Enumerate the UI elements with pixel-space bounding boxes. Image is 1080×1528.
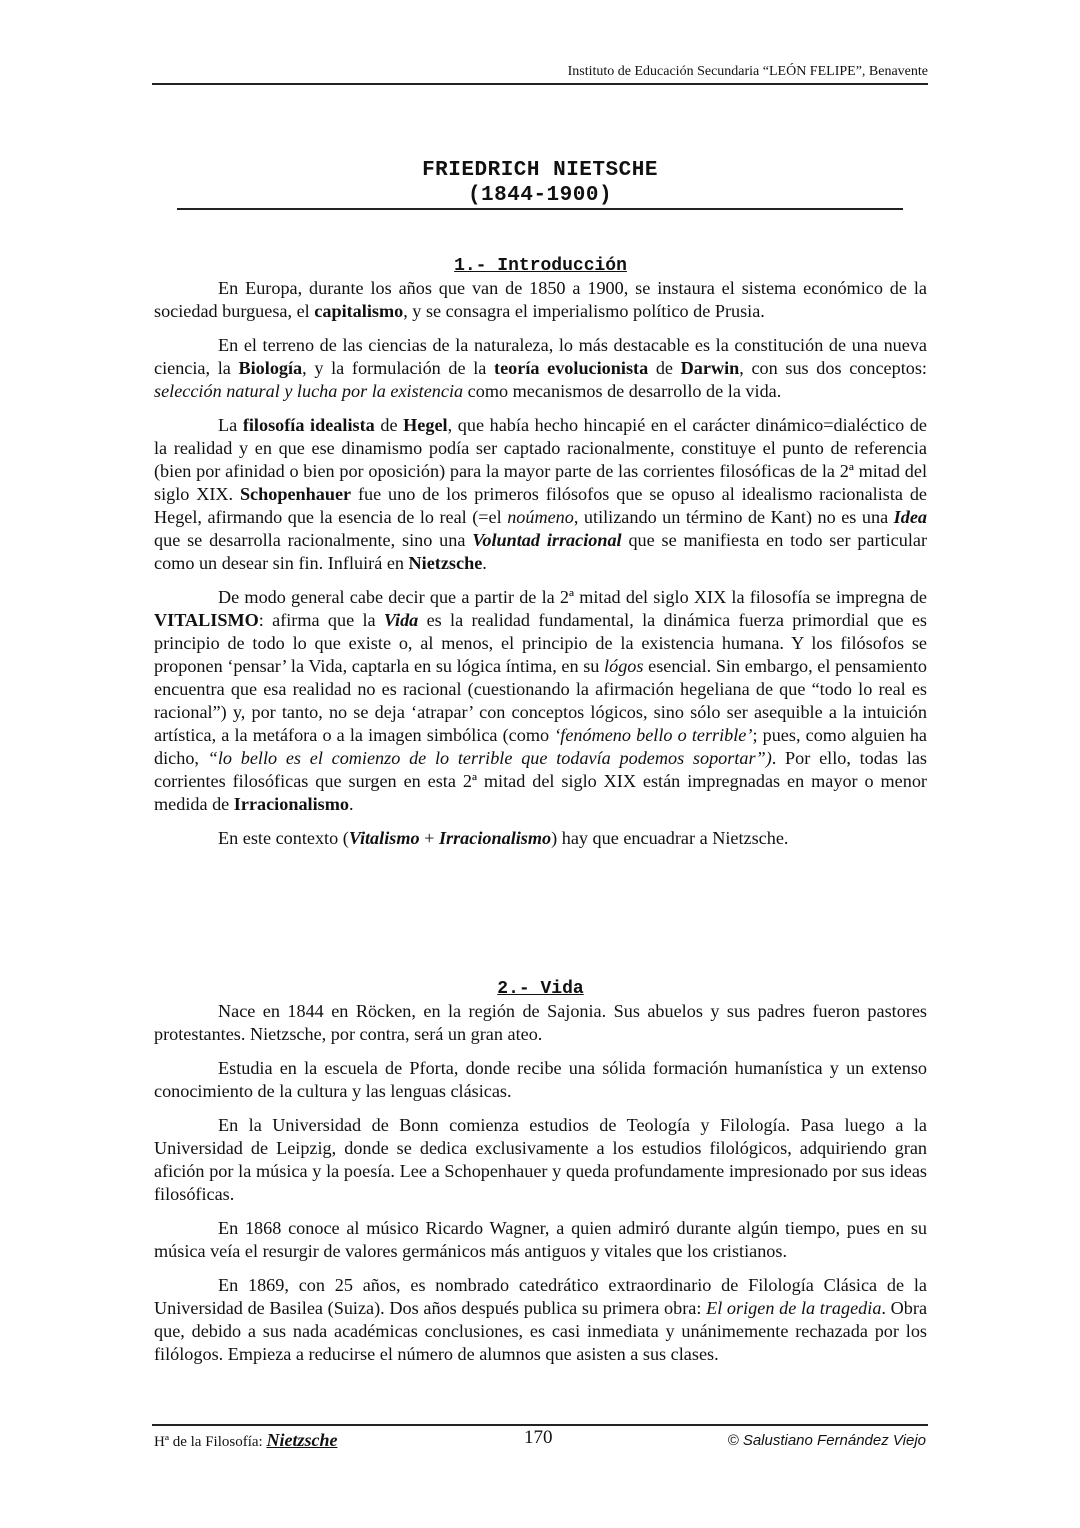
document-title: FRIEDRICH NIETSCHE (1844-1900) — [177, 158, 903, 208]
footer-course-prefix: Hª de la Filosofía: — [154, 1434, 266, 1450]
paragraph: De modo general cabe decir que a partir … — [154, 586, 927, 816]
text-run: Nace en 1844 en Röcken, en la región de … — [154, 1001, 927, 1044]
footer-rule — [152, 1424, 928, 1426]
text-run: , y la formulación de la — [302, 358, 494, 378]
title-rule — [177, 208, 903, 210]
section-introduccion: 1.- Introducción En Europa, durante los … — [154, 255, 927, 861]
text-run: , y se consagra el imperialismo político… — [403, 301, 765, 321]
emphasis-italic: “lo bello es el comienzo de lo terrible … — [208, 748, 772, 768]
text-run: + — [420, 828, 439, 848]
emphasis-bold: filosofía idealista — [243, 415, 375, 435]
text-run: De modo general cabe decir que a partir … — [218, 587, 927, 607]
text-run: Estudia en la escuela de Pforta, donde r… — [154, 1058, 927, 1101]
emphasis-italic: selección natural y lucha por la existen… — [154, 381, 463, 401]
paragraph: En el terreno de las ciencias de la natu… — [154, 334, 927, 403]
paragraph: En Europa, durante los años que van de 1… — [154, 277, 927, 323]
header-rule — [152, 83, 928, 85]
text-run: de — [375, 415, 403, 435]
emphasis-italic: El origen de la tragedia — [706, 1298, 881, 1318]
paragraph: Nace en 1844 en Röcken, en la región de … — [154, 1000, 927, 1046]
section-heading: 1.- Introducción — [154, 255, 927, 277]
paragraph: En la Universidad de Bonn comienza estud… — [154, 1114, 927, 1206]
text-run: de — [648, 358, 680, 378]
title-name: FRIEDRICH NIETSCHE — [177, 158, 903, 183]
text-run: que se desarrolla racionalmente, sino un… — [154, 530, 472, 550]
emphasis-bold: capitalismo — [314, 301, 403, 321]
emphasis-bold: Hegel — [403, 415, 447, 435]
text-run: En 1868 conoce al músico Ricardo Wagner,… — [154, 1218, 927, 1261]
emphasis-bold: Schopenhauer — [240, 484, 351, 504]
title-dates: (1844-1900) — [177, 183, 903, 208]
paragraph: En este contexto (Vitalismo + Irracional… — [154, 827, 927, 850]
text-run: En este contexto ( — [218, 828, 349, 848]
text-run: . — [482, 553, 487, 573]
text-run: : afirma que la — [259, 610, 384, 630]
paragraph: Estudia en la escuela de Pforta, donde r… — [154, 1057, 927, 1103]
text-run: La — [218, 415, 243, 435]
section-heading: 2.- Vida — [154, 978, 927, 1000]
footer-course: Hª de la Filosofía: Nietzsche — [154, 1430, 337, 1451]
emphasis-bold: teoría evolucionista — [494, 358, 648, 378]
page-number: 170 — [524, 1427, 553, 1449]
emphasis-bold: Irracionalismo — [234, 794, 349, 814]
text-run: En la Universidad de Bonn comienza estud… — [154, 1115, 927, 1204]
text-run: . — [349, 794, 354, 814]
emphasis-bold: Vitalismo — [349, 828, 420, 848]
emphasis-bold: Voluntad irracional — [472, 530, 621, 550]
emphasis-bold: Darwin — [681, 358, 740, 378]
footer-author: © Salustiano Fernández Viejo — [728, 1432, 926, 1449]
emphasis-bold: Nietzsche — [409, 553, 483, 573]
paragraph: La filosofía idealista de Hegel, que hab… — [154, 414, 927, 575]
paragraph: En 1868 conoce al músico Ricardo Wagner,… — [154, 1217, 927, 1263]
emphasis-bold: Irracionalismo — [439, 828, 551, 848]
text-run: , utilizando un término de Kant) no es u… — [574, 507, 894, 527]
emphasis-bold: Biología — [238, 358, 302, 378]
section-vida: 2.- Vida Nace en 1844 en Röcken, en la r… — [154, 978, 927, 1377]
emphasis-italic: ‘fenómeno bello o terrible’ — [554, 725, 752, 745]
running-header: Instituto de Educación Secundaria “LEÓN … — [568, 64, 928, 80]
text-run: como mecanismos de desarrollo de la vida… — [463, 381, 781, 401]
emphasis-italic: noúmeno — [507, 507, 574, 527]
emphasis-italic: lógos — [604, 656, 643, 676]
footer-course-subject: Nietzsche — [266, 1430, 337, 1450]
emphasis-bold: Idea — [894, 507, 927, 527]
emphasis-bold: VITALISMO — [154, 610, 259, 630]
emphasis-bold: Vida — [384, 610, 418, 630]
paragraph: En 1869, con 25 años, es nombrado catedr… — [154, 1274, 927, 1366]
text-run: , con sus dos conceptos: — [739, 358, 927, 378]
text-run: ) hay que encuadrar a Nietzsche. — [551, 828, 788, 848]
